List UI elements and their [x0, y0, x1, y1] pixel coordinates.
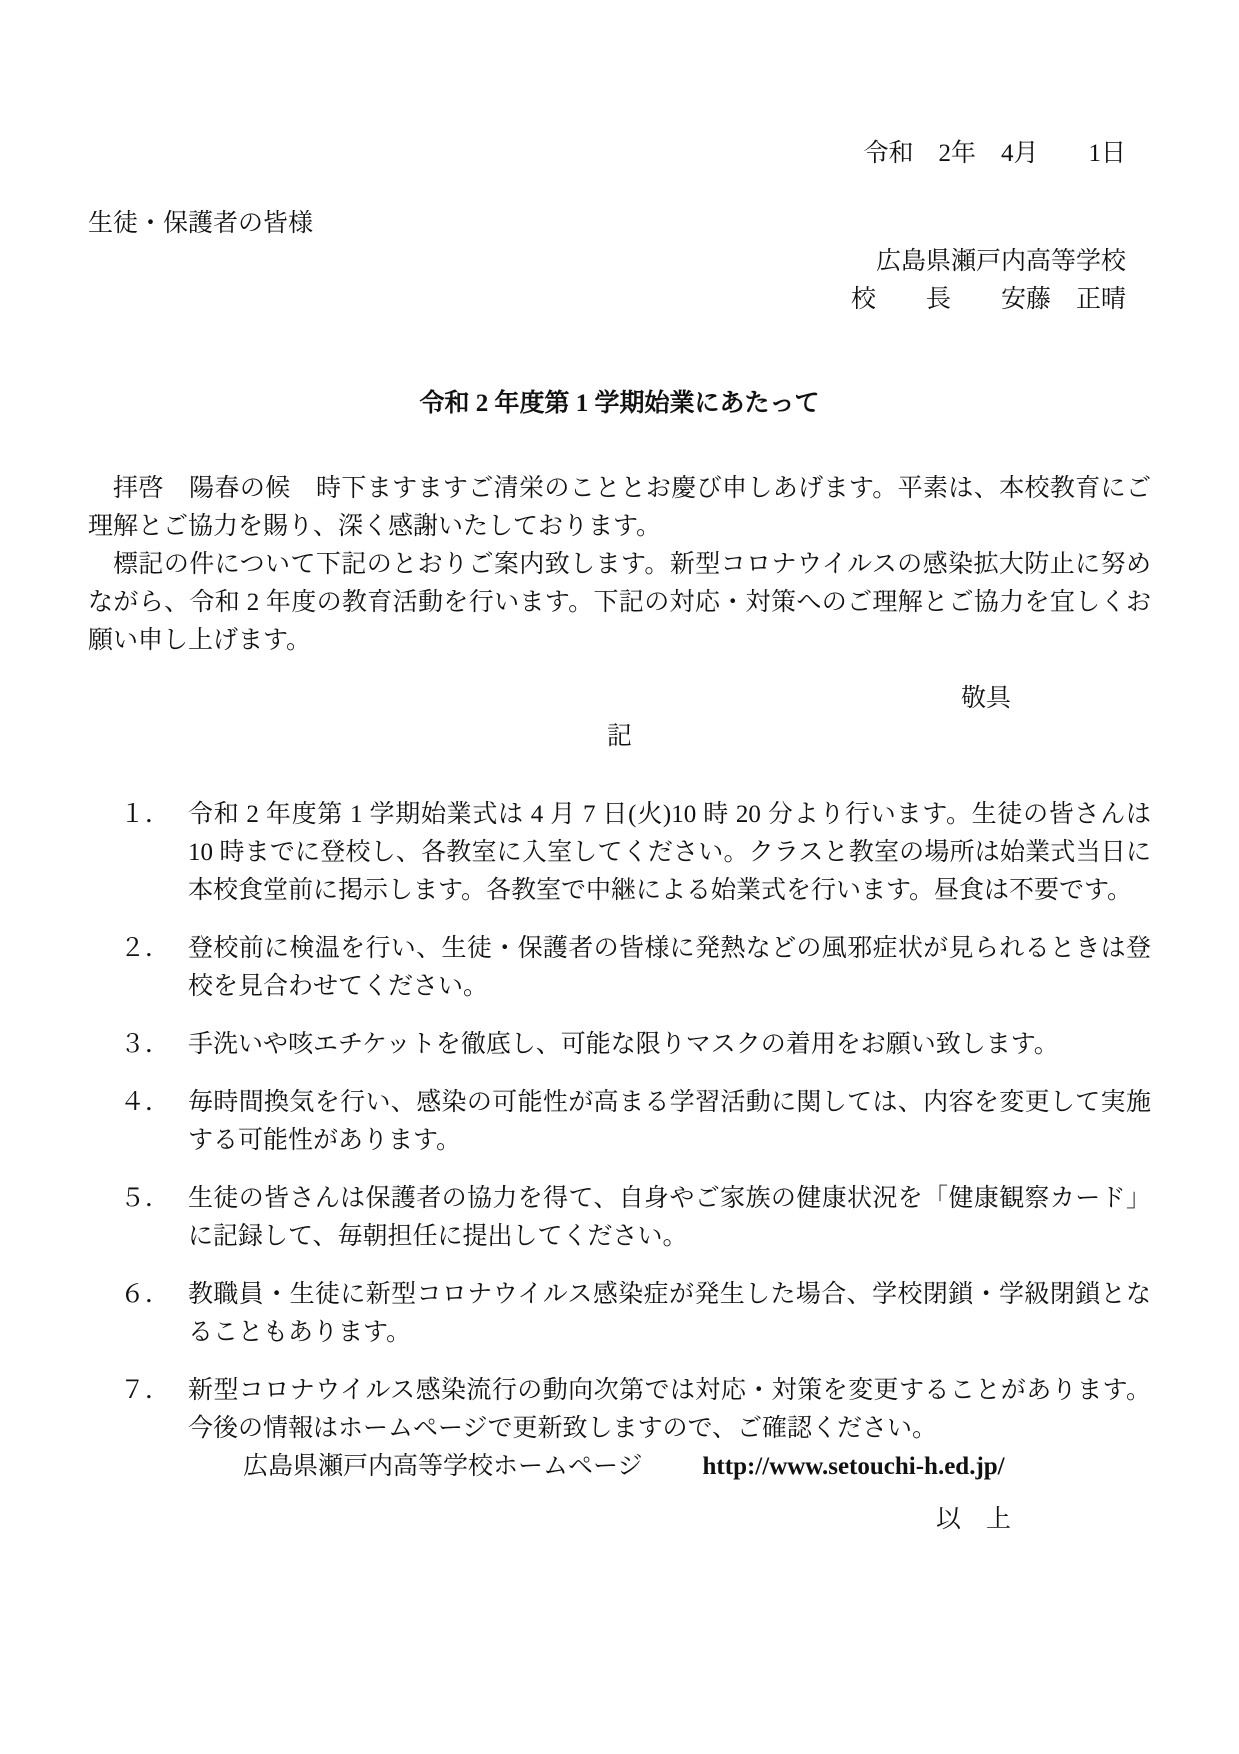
- notice-item: ６． 教職員・生徒に新型コロナウイルス感染症が発生した場合、学校閉鎖・学級閉鎖と…: [88, 1276, 1151, 1352]
- item-body: 生徒の皆さんは保護者の協力を得て、自身やご家族の健康状況を「健康観察カード」に記…: [188, 1180, 1151, 1256]
- document-page: 令和 2年 4月 1日 生徒・保護者の皆様 広島県瀬戸内高等学校 校 長 安藤 …: [0, 0, 1239, 1754]
- greeting-paragraph-2: 標記の件について下記のとおりご案内致します。新型コロナウイルスの感染拡大防止に努…: [88, 546, 1151, 660]
- document-title: 令和 2 年度第 1 学期始業にあたって: [88, 385, 1151, 423]
- homepage-label: 広島県瀬戸内高等学校ホームページ: [243, 1448, 643, 1486]
- sender-block: 広島県瀬戸内高等学校 校 長 安藤 正晴: [88, 243, 1151, 319]
- addressee: 生徒・保護者の皆様: [88, 205, 1151, 243]
- document-date: 令和 2年 4月 1日: [88, 135, 1151, 173]
- item-body: 登校前に検温を行い、生徒・保護者の皆様に発熱などの風邪症状が見られるときは登校を…: [188, 930, 1151, 1006]
- sender-principal: 校 長 安藤 正晴: [88, 281, 1126, 319]
- closing-keigu: 敬具: [88, 680, 1151, 718]
- item-number: ３．: [120, 1026, 188, 1064]
- homepage-url: http://www.setouchi-h.ed.jp/: [703, 1448, 1005, 1486]
- item-body: 手洗いや咳エチケットを徹底し、可能な限りマスクの着用をお願い致します。: [188, 1026, 1151, 1064]
- item-body: 毎時間換気を行い、感染の可能性が高まる学習活動に関しては、内容を変更して実施する…: [188, 1084, 1151, 1160]
- item-text: 教職員・生徒に新型コロナウイルス感染症が発生した場合、学校閉鎖・学級閉鎖となるこ…: [188, 1276, 1151, 1352]
- record-marker: 記: [88, 718, 1151, 756]
- item-body: 新型コロナウイルス感染流行の動向次第では対応・対策を変更することがあります。今後…: [188, 1372, 1151, 1486]
- item-number: ２．: [120, 930, 188, 968]
- item-body: 教職員・生徒に新型コロナウイルス感染症が発生した場合、学校閉鎖・学級閉鎖となるこ…: [188, 1276, 1151, 1352]
- item-text: 手洗いや咳エチケットを徹底し、可能な限りマスクの着用をお願い致します。: [188, 1026, 1151, 1064]
- notice-item: ７． 新型コロナウイルス感染流行の動向次第では対応・対策を変更することがあります…: [88, 1372, 1151, 1486]
- greeting-section: 拝啓 陽春の候 時下ますますご清栄のこととお慶び申しあげます。平素は、本校教育に…: [88, 470, 1151, 660]
- item-body: 令和 2 年度第 1 学期始業式は 4 月 7 日(火)10 時 20 分より行…: [188, 796, 1151, 910]
- homepage-line: 広島県瀬戸内高等学校ホームページ http://www.setouchi-h.e…: [243, 1448, 1151, 1486]
- notice-item: ３． 手洗いや咳エチケットを徹底し、可能な限りマスクの着用をお願い致します。: [88, 1026, 1151, 1064]
- item-number: １．: [120, 796, 188, 834]
- notice-item: ５． 生徒の皆さんは保護者の協力を得て、自身やご家族の健康状況を「健康観察カード…: [88, 1180, 1151, 1256]
- item-text: 令和 2 年度第 1 学期始業式は 4 月 7 日(火)10 時 20 分より行…: [188, 796, 1151, 910]
- item-text: 登校前に検温を行い、生徒・保護者の皆様に発熱などの風邪症状が見られるときは登校を…: [188, 930, 1151, 1006]
- item-text: 新型コロナウイルス感染流行の動向次第では対応・対策を変更することがあります。今後…: [188, 1372, 1151, 1448]
- notice-item: ２． 登校前に検温を行い、生徒・保護者の皆様に発熱などの風邪症状が見られるときは…: [88, 930, 1151, 1006]
- notice-item: １． 令和 2 年度第 1 学期始業式は 4 月 7 日(火)10 時 20 分…: [88, 796, 1151, 910]
- notice-item: ４． 毎時間換気を行い、感染の可能性が高まる学習活動に関しては、内容を変更して実…: [88, 1084, 1151, 1160]
- item-text: 毎時間換気を行い、感染の可能性が高まる学習活動に関しては、内容を変更して実施する…: [188, 1084, 1151, 1160]
- item-number: ７．: [120, 1372, 188, 1410]
- item-number: ６．: [120, 1276, 188, 1314]
- sender-school: 広島県瀬戸内高等学校: [88, 243, 1126, 281]
- notice-item-list: １． 令和 2 年度第 1 学期始業式は 4 月 7 日(火)10 時 20 分…: [88, 796, 1151, 1486]
- end-marker: 以 上: [88, 1501, 1151, 1539]
- item-number: ５．: [120, 1180, 188, 1218]
- greeting-paragraph-1: 拝啓 陽春の候 時下ますますご清栄のこととお慶び申しあげます。平素は、本校教育に…: [88, 470, 1151, 546]
- item-text: 生徒の皆さんは保護者の協力を得て、自身やご家族の健康状況を「健康観察カード」に記…: [188, 1180, 1151, 1256]
- item-number: ４．: [120, 1084, 188, 1122]
